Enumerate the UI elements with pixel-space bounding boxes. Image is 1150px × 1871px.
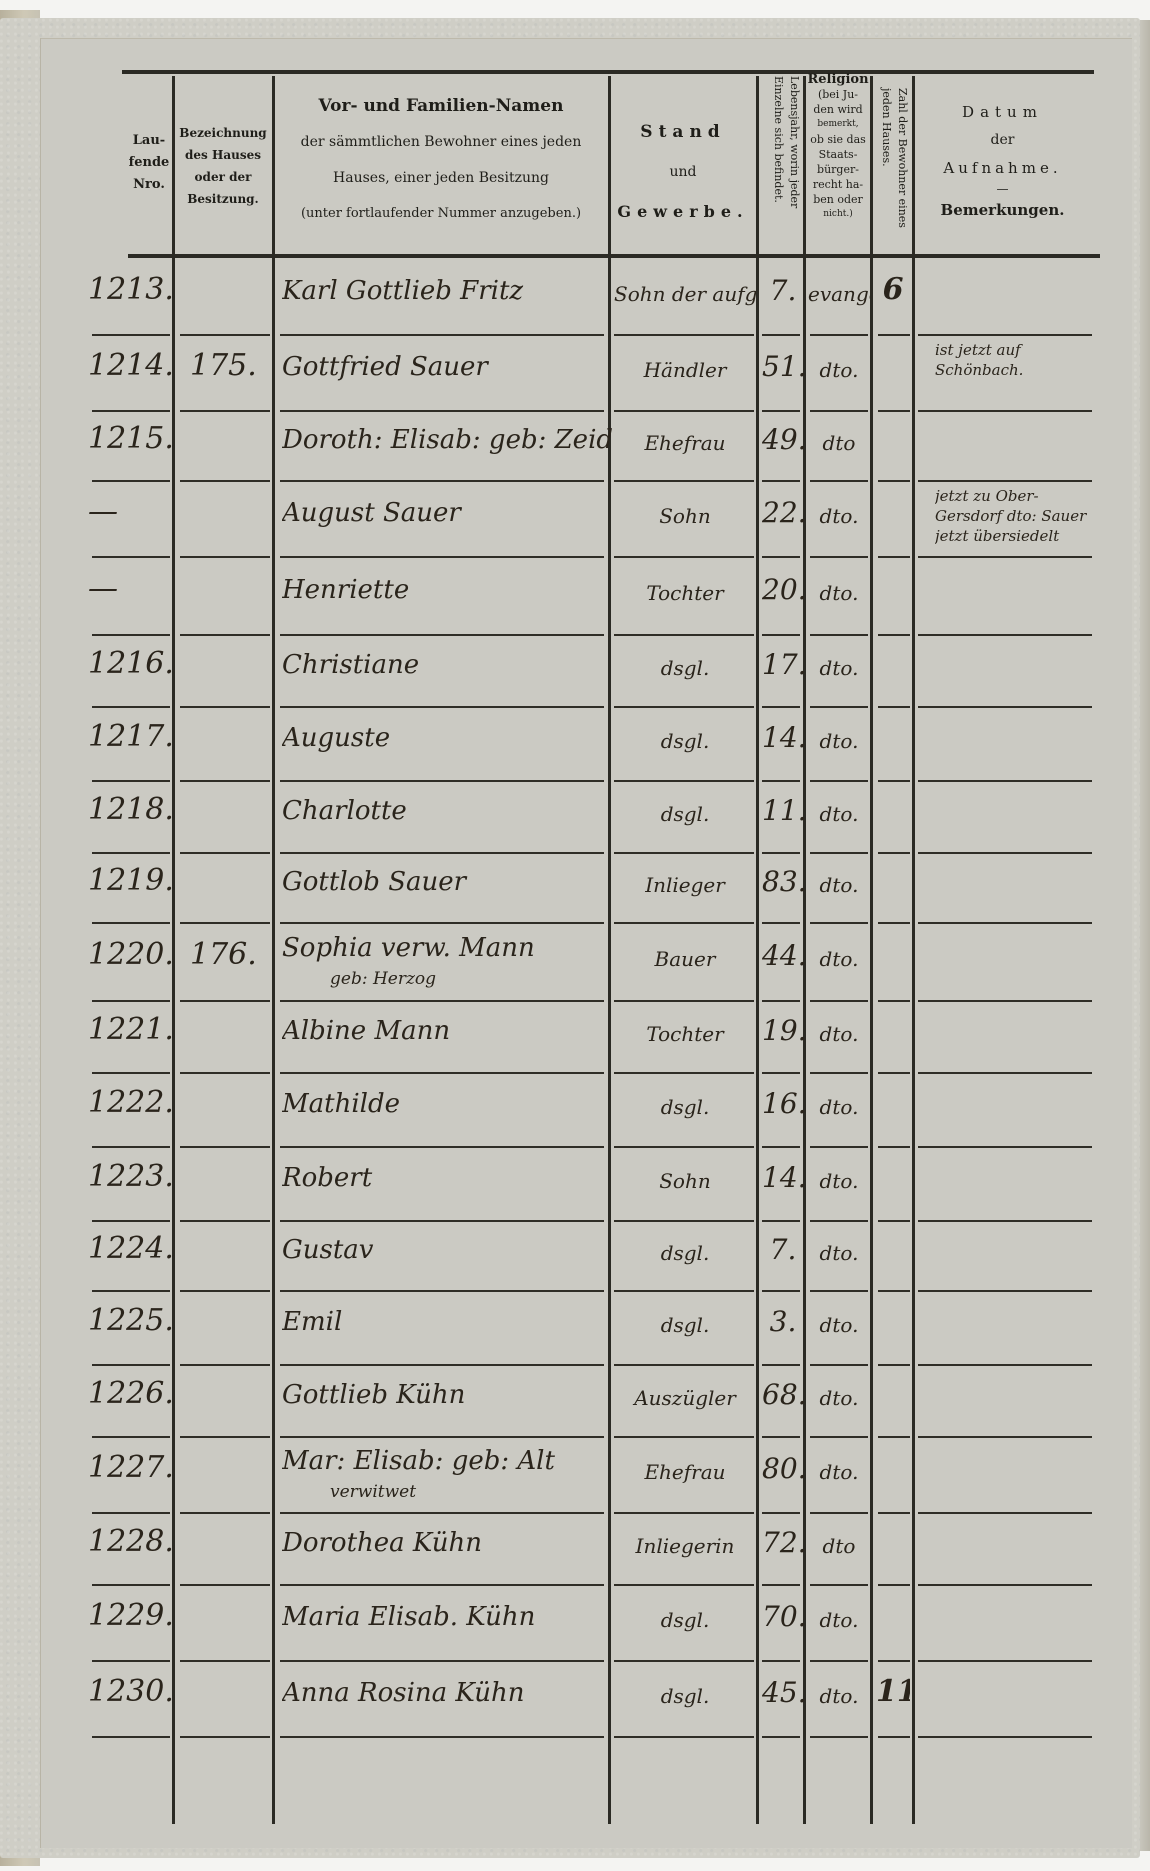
row-rule [614, 852, 754, 854]
row-household-count: 11. [876, 1674, 910, 1709]
row-rule [918, 1364, 1092, 1366]
row-name: Gustav [282, 1235, 612, 1265]
row-religion: dto. [808, 729, 870, 753]
row-rule [762, 1736, 800, 1738]
row-rule [280, 1584, 604, 1586]
row-name-annotation: geb: Herzog [330, 969, 660, 989]
row-religion: dto. [808, 1684, 870, 1708]
row-rule [762, 1220, 800, 1222]
row-rule [878, 780, 910, 782]
header-remarks-line: Aufnahme. [915, 154, 1090, 182]
header-religion-line: Religion [806, 72, 870, 87]
row-religion: evangel. [808, 282, 870, 306]
row-rule [810, 1290, 868, 1292]
row-stand: Auszügler [614, 1386, 756, 1410]
row-age: 49. [762, 423, 804, 456]
row-name: Henriette [282, 575, 612, 605]
row-rule [614, 1660, 754, 1662]
row-stand: Inliegerin [614, 1534, 756, 1558]
row-nro: 1228. [88, 1524, 183, 1559]
row-rule [878, 1436, 910, 1438]
row-rule [92, 334, 170, 336]
header-remarks-divider: — [915, 182, 1090, 196]
row-nro: 1226. [88, 1376, 183, 1411]
row-name: Anna Rosina Kühn [282, 1678, 612, 1708]
row-name: Emil [282, 1307, 612, 1337]
row-rule [878, 556, 910, 558]
row-rule [180, 1584, 270, 1586]
row-rule [280, 1220, 604, 1222]
next-page-edge [1140, 20, 1150, 1851]
row-religion: dto. [808, 1386, 870, 1410]
row-nro: 1216. [88, 646, 183, 681]
row-stand: Händler [614, 358, 756, 382]
row-rule [762, 1436, 800, 1438]
row-rule [180, 334, 270, 336]
row-stand: Tochter [614, 1022, 756, 1046]
row-rule [92, 780, 170, 782]
row-name: Dorothea Kühn [282, 1528, 612, 1558]
row-rule [878, 1584, 910, 1586]
row-rule [878, 852, 910, 854]
row-rule [180, 480, 270, 482]
row-name: Robert [282, 1163, 612, 1193]
row-rule [810, 556, 868, 558]
row-rule [614, 1000, 754, 1002]
header-names-line: Hauses, einer jeden Besitzung [276, 160, 606, 196]
row-rule [92, 1364, 170, 1366]
row-rule [180, 1146, 270, 1148]
row-name: Maria Elisab. Kühn [282, 1602, 612, 1632]
row-rule [180, 1736, 270, 1738]
header-religion-line: recht ha- [806, 177, 870, 192]
row-rule [762, 410, 800, 412]
row-nro: 1223. [88, 1159, 183, 1194]
row-rule [918, 1436, 1092, 1438]
row-rule [762, 1072, 800, 1074]
row-rule [180, 410, 270, 412]
row-rule [280, 634, 604, 636]
row-age: 83. [762, 865, 804, 898]
row-stand: Tochter [614, 581, 756, 605]
row-rule [878, 1220, 910, 1222]
row-nro: 1221. [88, 1012, 183, 1047]
row-nro: 1218. [88, 792, 183, 827]
row-rule [810, 334, 868, 336]
row-rule [92, 1000, 170, 1002]
row-rule [762, 1364, 800, 1366]
row-rule [762, 1584, 800, 1586]
row-rule [762, 780, 800, 782]
row-rule [614, 1364, 754, 1366]
row-rule [878, 1364, 910, 1366]
row-rule [762, 556, 800, 558]
row-rule [280, 1736, 604, 1738]
row-rule [878, 1146, 910, 1148]
row-rule [180, 1072, 270, 1074]
col-divider-count [912, 76, 915, 1824]
header-names-line: der sämmtlichen Bewohner eines jeden [276, 124, 606, 160]
header-house-line: Besitzung. [175, 188, 271, 210]
row-rule [280, 334, 604, 336]
row-rule [878, 1736, 910, 1738]
row-name: Christiane [282, 650, 612, 680]
header-names-line: (unter fortlaufender Nummer anzugeben.) [276, 196, 606, 232]
row-rule [762, 706, 800, 708]
row-rule [762, 480, 800, 482]
row-rule [878, 634, 910, 636]
row-age: 45. [762, 1676, 804, 1709]
row-nro: 1224. [88, 1231, 183, 1266]
header-stand-line: Stand [612, 112, 754, 152]
header-house-line: oder der [175, 166, 271, 188]
header-religion-line: den wird [806, 102, 870, 117]
row-rule [878, 1072, 910, 1074]
row-rule [614, 634, 754, 636]
header-stand-line: Gewerbe. [612, 192, 754, 232]
row-rule [280, 480, 604, 482]
row-nro: 1220. [88, 937, 183, 972]
row-rule [810, 410, 868, 412]
row-stand: dsgl. [614, 1241, 756, 1265]
row-rule [878, 1660, 910, 1662]
header-religion-line: (bei Ju- [806, 87, 870, 102]
row-rule [810, 1146, 868, 1148]
row-name: Sophia verw. Mann [282, 933, 612, 963]
row-rule [180, 556, 270, 558]
row-rule [918, 1072, 1092, 1074]
row-rule [180, 780, 270, 782]
header-remarks-line: der [915, 126, 1090, 154]
header-remarks-line: Bemerkungen. [915, 196, 1090, 224]
row-nro: 1227. [88, 1450, 183, 1485]
row-rule [810, 852, 868, 854]
row-rule [614, 922, 754, 924]
row-stand: Ehefrau [614, 431, 756, 455]
header-remarks-line: Datum [915, 98, 1090, 126]
row-age: 19. [762, 1014, 804, 1047]
row-religion: dto. [808, 802, 870, 826]
row-nro: 1222. [88, 1085, 183, 1120]
row-rule [762, 922, 800, 924]
row-stand: dsgl. [614, 1313, 756, 1337]
row-religion: dto. [808, 1608, 870, 1632]
row-rule [762, 634, 800, 636]
row-stand: dsgl. [614, 729, 756, 753]
row-rule [614, 1512, 754, 1514]
row-rule [810, 1736, 868, 1738]
header-house-line: Bezeichnung [175, 122, 271, 144]
row-rule [614, 556, 754, 558]
row-rule [762, 1290, 800, 1292]
row-rule [92, 410, 170, 412]
row-stand: dsgl. [614, 656, 756, 680]
row-rule [280, 852, 604, 854]
row-rule [810, 1584, 868, 1586]
row-rule [92, 1736, 170, 1738]
row-rule [614, 334, 754, 336]
row-remark: ist jetzt auf Schönbach. [935, 340, 1095, 380]
row-religion: dto. [808, 1313, 870, 1337]
row-rule [92, 556, 170, 558]
row-rule [810, 780, 868, 782]
row-rule [92, 1660, 170, 1662]
row-rule [762, 1660, 800, 1662]
row-rule [918, 1512, 1092, 1514]
row-religion: dto. [808, 873, 870, 897]
row-age: 17. [762, 648, 804, 681]
header-remarks: Datum der Aufnahme. — Bemerkungen. [915, 98, 1090, 224]
row-name: Mar: Elisab: geb: Alt [282, 1446, 612, 1476]
row-name: Gottfried Sauer [282, 352, 612, 382]
header-religion-line: ben oder [806, 192, 870, 207]
row-rule [918, 410, 1092, 412]
header-stand: Stand und Gewerbe. [612, 112, 754, 232]
row-nro: 1225. [88, 1303, 183, 1338]
row-rule [280, 1512, 604, 1514]
row-rule [614, 410, 754, 412]
row-name: Doroth: Elisab: geb: Zeidler [282, 425, 612, 455]
row-rule [280, 780, 604, 782]
row-religion: dto. [808, 581, 870, 605]
row-religion: dto. [808, 656, 870, 680]
row-age: 72. [762, 1526, 804, 1559]
row-stand: Ehefrau [614, 1460, 756, 1484]
header-nro: Lau- fende Nro. [126, 130, 172, 196]
row-rule [918, 852, 1092, 854]
row-rule [180, 922, 270, 924]
row-rule [878, 334, 910, 336]
row-rule [878, 922, 910, 924]
row-rule [280, 1072, 604, 1074]
row-nro: 1219. [88, 863, 183, 898]
row-rule [280, 706, 604, 708]
row-rule [92, 852, 170, 854]
row-remark: jetzt zu Ober-Gersdorf dto: Sauer jetzt … [935, 486, 1095, 546]
row-house-number: 175. [190, 348, 270, 383]
row-name-annotation: verwitwet [330, 1482, 660, 1502]
row-religion: dto. [808, 947, 870, 971]
row-name: Albine Mann [282, 1016, 612, 1046]
row-age: 3. [762, 1305, 804, 1338]
row-stand: dsgl. [614, 1095, 756, 1119]
row-rule [180, 1000, 270, 1002]
row-rule [92, 1584, 170, 1586]
row-rule [92, 1220, 170, 1222]
row-rule [878, 1000, 910, 1002]
header-religion: Religion (bei Ju- den wird bemerkt, ob s… [806, 72, 870, 222]
row-nro: 1217. [88, 719, 183, 754]
row-rule [762, 334, 800, 336]
row-rule [180, 1436, 270, 1438]
row-age: 51. [762, 350, 804, 383]
row-name: Charlotte [282, 796, 612, 826]
row-rule [92, 1290, 170, 1292]
header-religion-line: bürger- [806, 162, 870, 177]
row-rule [280, 1436, 604, 1438]
row-rule [918, 634, 1092, 636]
row-rule [614, 1220, 754, 1222]
row-nro: 1230. [88, 1674, 183, 1709]
row-rule [180, 706, 270, 708]
row-stand: Inlieger [614, 873, 756, 897]
row-rule [918, 1660, 1092, 1662]
row-rule [762, 1000, 800, 1002]
row-rule [810, 480, 868, 482]
row-nro: — [88, 571, 183, 606]
row-age: 16. [762, 1087, 804, 1120]
header-religion-line: bemerkt, [806, 117, 870, 132]
row-age: 20. [762, 573, 804, 606]
row-nro: — [88, 494, 183, 529]
row-rule [180, 1290, 270, 1292]
row-rule [878, 1512, 910, 1514]
row-stand: dsgl. [614, 1684, 756, 1708]
row-rule [918, 1736, 1092, 1738]
row-rule [92, 1512, 170, 1514]
header-nro-line: Nro. [126, 174, 172, 196]
row-rule [810, 634, 868, 636]
col-divider-religion [870, 76, 873, 1824]
row-age: 14. [762, 1161, 804, 1194]
row-rule [878, 480, 910, 482]
row-rule [918, 1290, 1092, 1292]
row-stand: dsgl. [614, 802, 756, 826]
row-rule [280, 1146, 604, 1148]
row-rule [180, 634, 270, 636]
row-rule [614, 1436, 754, 1438]
header-house: Bezeichnung des Hauses oder der Besitzun… [175, 122, 271, 210]
col-divider-stand [756, 76, 759, 1824]
row-rule [918, 1220, 1092, 1222]
row-religion: dto. [808, 504, 870, 528]
row-age: 14. [762, 721, 804, 754]
row-rule [180, 852, 270, 854]
row-rule [762, 1146, 800, 1148]
header-names-title: Vor- und Familien-Namen [276, 96, 606, 116]
row-stand: dsgl. [614, 1608, 756, 1632]
row-rule [810, 1000, 868, 1002]
header-stand-line: und [612, 152, 754, 192]
row-rule [810, 1364, 868, 1366]
row-rule [92, 922, 170, 924]
row-religion: dto [808, 431, 870, 455]
row-rule [280, 1660, 604, 1662]
row-rule [810, 1220, 868, 1222]
header-religion-line: Staats- [806, 147, 870, 162]
row-rule [918, 1584, 1092, 1586]
row-rule [918, 922, 1092, 924]
row-rule [92, 1146, 170, 1148]
row-rule [878, 1290, 910, 1292]
row-rule [180, 1660, 270, 1662]
row-rule [180, 1512, 270, 1514]
row-rule [918, 706, 1092, 708]
row-religion: dto. [808, 1241, 870, 1265]
row-age: 7. [762, 1233, 804, 1266]
row-rule [280, 556, 604, 558]
row-rule [762, 852, 800, 854]
row-rule [614, 1584, 754, 1586]
row-name: August Sauer [282, 498, 612, 528]
row-age: 80. [762, 1452, 804, 1485]
row-religion: dto. [808, 1022, 870, 1046]
header-house-line: des Hauses [175, 144, 271, 166]
row-rule [614, 1072, 754, 1074]
row-household-count: 6 [876, 272, 910, 307]
row-name: Gottlieb Kühn [282, 1380, 612, 1410]
row-rule [280, 1000, 604, 1002]
header-religion-line: ob sie das [806, 132, 870, 147]
row-rule [810, 1436, 868, 1438]
row-age: 68. [762, 1378, 804, 1411]
row-rule [918, 1146, 1092, 1148]
row-age: 22. [762, 496, 804, 529]
row-rule [810, 1512, 868, 1514]
row-rule [918, 556, 1092, 558]
row-house-number: 176. [190, 937, 270, 972]
header-nro-line: Lau- [126, 130, 172, 152]
row-stand: Bauer [614, 947, 756, 971]
row-rule [614, 780, 754, 782]
row-rule [614, 1736, 754, 1738]
row-rule [92, 480, 170, 482]
row-nro: 1215. [88, 421, 183, 456]
header-religion-line: nicht.) [806, 207, 870, 222]
row-rule [810, 1072, 868, 1074]
row-rule [918, 334, 1092, 336]
row-rule [92, 1072, 170, 1074]
row-rule [918, 480, 1092, 482]
header-nro-line: fende [126, 152, 172, 174]
header-names: Vor- und Familien-Namen der sämmtlichen … [276, 96, 606, 232]
row-religion: dto [808, 1534, 870, 1558]
row-nro: 1214. [88, 348, 183, 383]
row-rule [614, 480, 754, 482]
row-age: 11. [762, 794, 804, 827]
row-rule [92, 634, 170, 636]
row-rule [180, 1220, 270, 1222]
row-rule [878, 706, 910, 708]
row-stand: Sohn der aufgehenden Junggesellen [614, 282, 756, 306]
header-age: Lebensjahr, worin jeder Einzelne sich be… [762, 76, 802, 252]
row-religion: dto. [808, 1460, 870, 1484]
row-rule [878, 410, 910, 412]
row-rule [280, 1364, 604, 1366]
col-divider-house [272, 76, 275, 1824]
row-rule [92, 1436, 170, 1438]
row-rule [918, 1000, 1092, 1002]
table-top-rule [122, 70, 1094, 74]
row-age: 7. [762, 274, 804, 307]
row-rule [614, 706, 754, 708]
row-rule [280, 922, 604, 924]
row-rule [180, 1364, 270, 1366]
row-rule [810, 706, 868, 708]
row-rule [614, 1290, 754, 1292]
row-rule [762, 1512, 800, 1514]
row-religion: dto. [808, 1169, 870, 1193]
row-nro: 1213. [88, 272, 183, 307]
row-name: Karl Gottlieb Fritz [282, 276, 612, 306]
row-rule [918, 780, 1092, 782]
row-rule [280, 1290, 604, 1292]
row-nro: 1229. [88, 1598, 183, 1633]
row-stand: Sohn [614, 1169, 756, 1193]
row-stand: Sohn [614, 504, 756, 528]
row-age: 70. [762, 1600, 804, 1633]
row-rule [280, 410, 604, 412]
